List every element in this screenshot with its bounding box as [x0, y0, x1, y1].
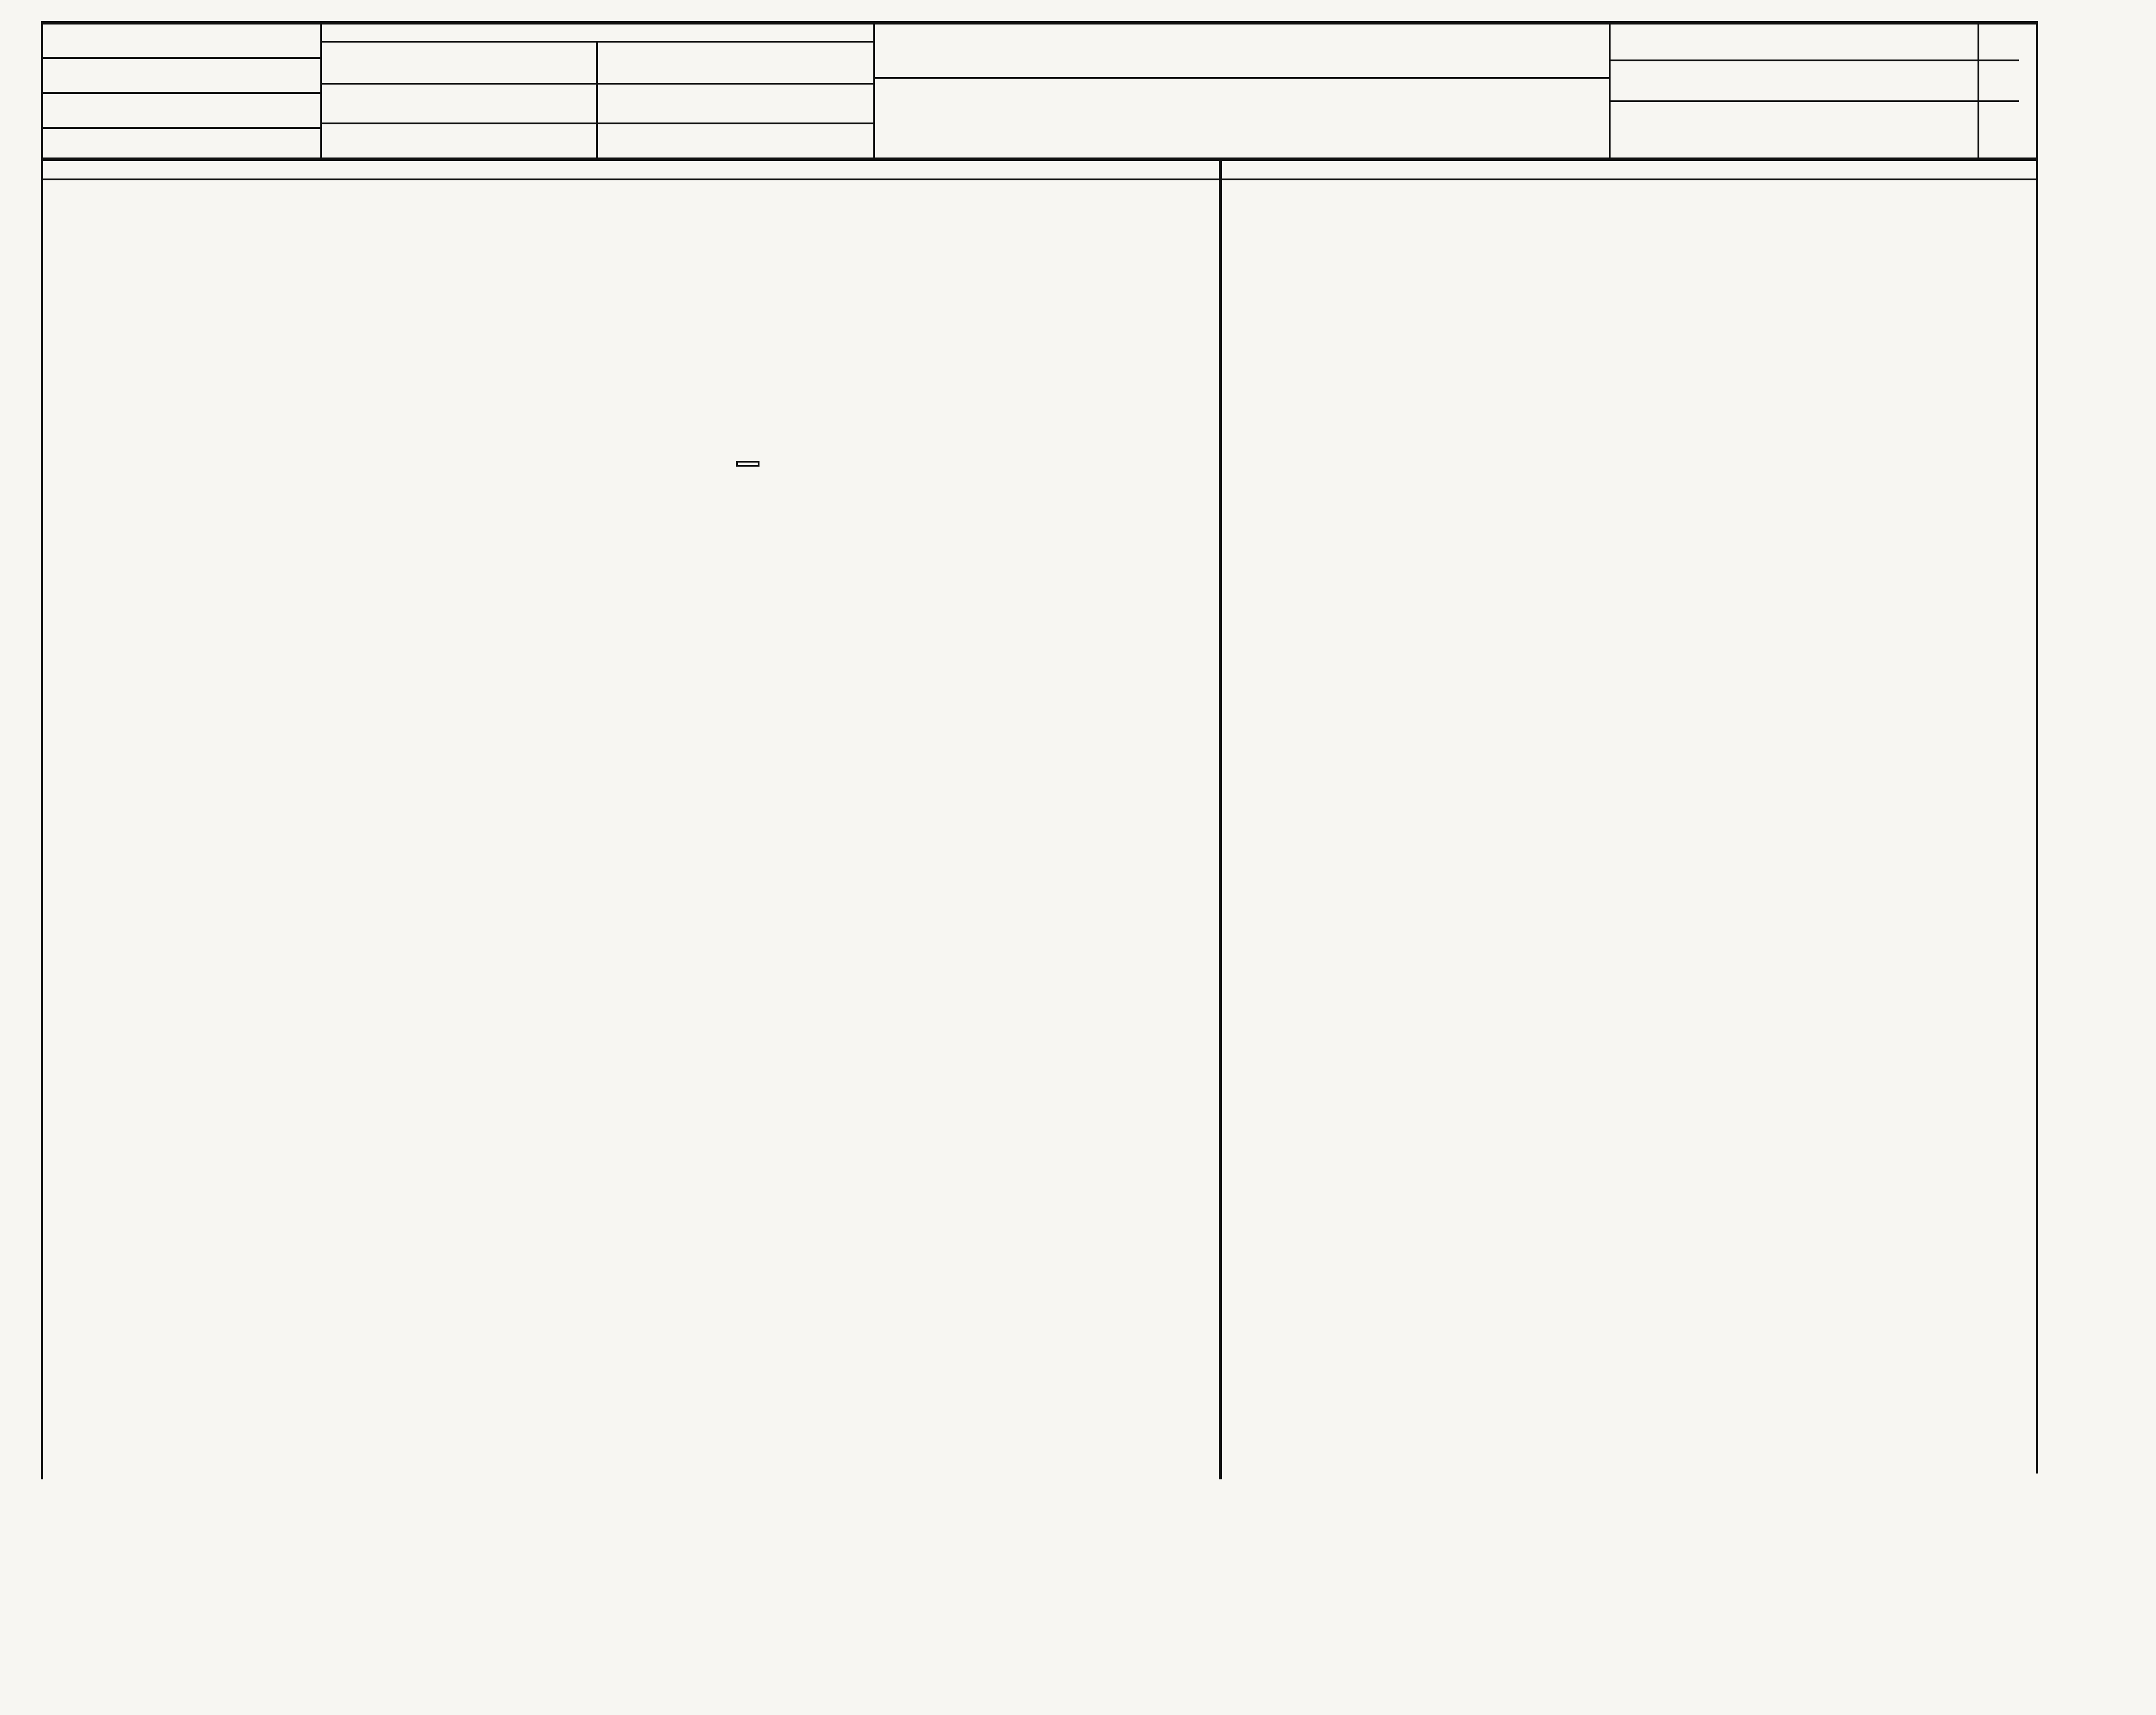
location-block: [43, 23, 320, 159]
leave-blank-a: [736, 461, 759, 467]
enumeration-block: [1611, 23, 2025, 159]
title-block: [875, 23, 1609, 159]
institution-block: [322, 23, 873, 159]
